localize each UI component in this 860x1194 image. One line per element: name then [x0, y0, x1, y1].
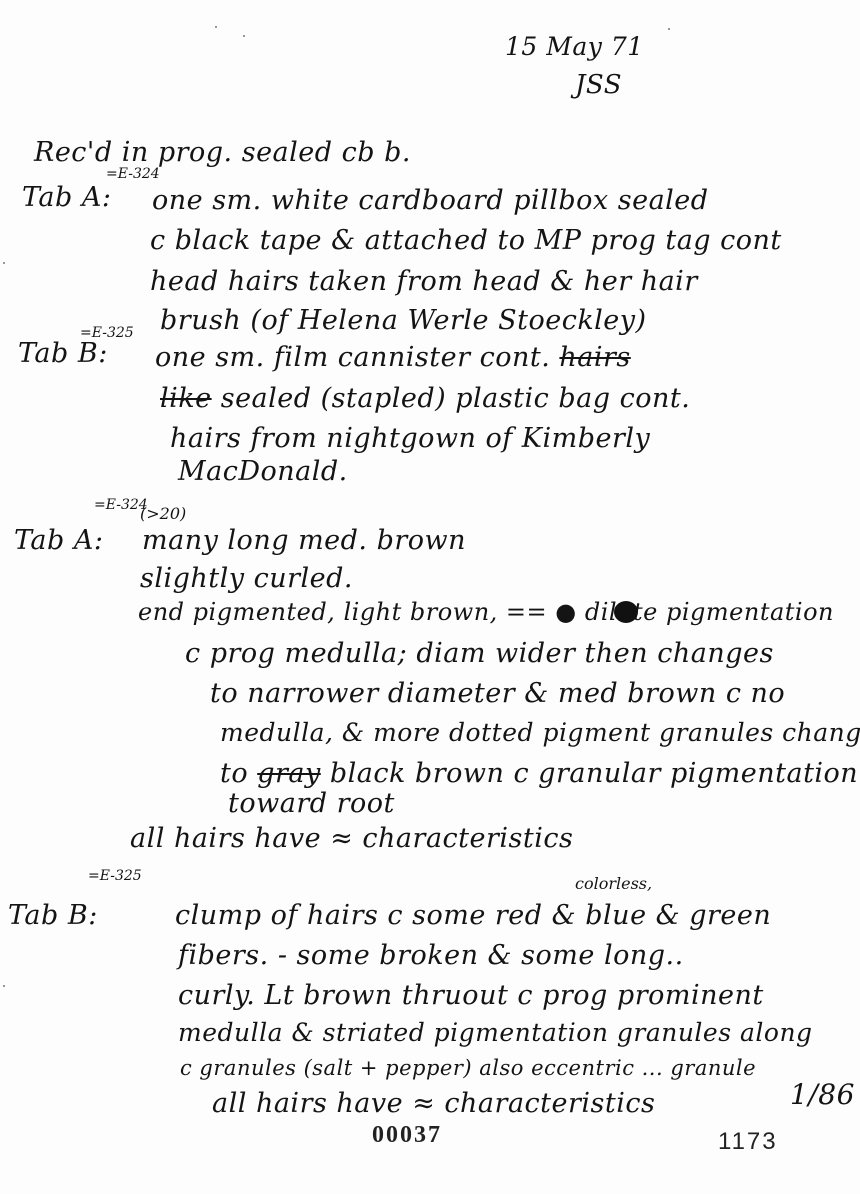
scan-speck [3, 985, 5, 987]
exam-tab-b-line: c granules (salt + pepper) also eccentri… [180, 1056, 756, 1080]
receipt-tab-b-line: hairs from nightgown of Kimberly [170, 423, 650, 454]
exam-tab-a-line7-text: black brown c granular pigmentation [330, 758, 858, 789]
document-page: 15 May 71 JSS Rec'd in prog. sealed cb b… [0, 0, 860, 1194]
exam-tab-a-line: to narrower diameter & med brown c no [210, 678, 785, 709]
margin-annotation: 1/86 [790, 1078, 855, 1111]
receipt-tab-b-exhibit: =E-325 [80, 325, 134, 341]
exam-tab-b-line: medulla & striated pigmentation granules… [178, 1018, 813, 1047]
struck-word: gray [257, 758, 321, 789]
exam-tab-a-count: (>20) [140, 504, 186, 523]
receipt-tab-a-exhibit: =E-324 [106, 166, 160, 182]
exam-tab-b-line: curly. Lt brown thruout c prog prominent [178, 980, 764, 1011]
receipt-tab-b-line: one sm. film cannister cont. hairs [155, 342, 631, 373]
ink-blot [614, 601, 638, 623]
struck-word: hairs [559, 342, 630, 373]
receipt-tab-a-label: Tab A: [22, 182, 111, 213]
bates-stamp-left: 00037 [372, 1122, 442, 1149]
receipt-tab-a-line: head hairs taken from head & her hair [150, 266, 698, 297]
exam-tab-b-exhibit: =E-325 [88, 868, 142, 884]
receipt-tab-b-line1-text: one sm. film cannister cont. [155, 342, 550, 373]
exam-tab-b-label: Tab B: [8, 900, 98, 931]
exam-tab-a-line: end pigmented, light brown, == ● dilute … [138, 598, 834, 626]
header-initials: JSS [575, 70, 622, 100]
exam-tab-b-line: clump of hairs c some red & blue & green [175, 900, 771, 931]
exam-tab-a-line: slightly curled. [140, 563, 353, 594]
exam-tab-b-line: fibers. - some broken & some long.. [178, 940, 684, 971]
exam-tab-a-line: medulla, & more dotted pigment granules … [220, 718, 860, 747]
receipt-tab-b-line: like sealed (stapled) plastic bag cont. [160, 383, 690, 414]
scan-speck [668, 28, 670, 30]
intro-line: Rec'd in prog. sealed cb b. [34, 137, 411, 168]
receipt-tab-b-line: MacDonald. [178, 456, 348, 487]
receipt-tab-a-line: one sm. white cardboard pillbox sealed [152, 185, 709, 216]
exam-tab-b-insert: colorless, [575, 874, 652, 893]
scan-speck [243, 35, 245, 37]
receipt-tab-a-line: brush (of Helena Werle Stoeckley) [160, 305, 647, 336]
scan-speck [215, 26, 217, 28]
receipt-tab-b-label: Tab B: [18, 338, 108, 369]
exam-tab-a-line: many long med. brown [142, 525, 466, 556]
struck-word: like [160, 383, 212, 414]
receipt-tab-a-line: c black tape & attached to MP prog tag c… [150, 225, 782, 256]
exam-tab-b-summary: all hairs have ≈ characteristics [212, 1088, 655, 1119]
exam-tab-a-line7-prefix: to [220, 758, 248, 789]
receipt-tab-b-line2-text: sealed (stapled) plastic bag cont. [221, 383, 691, 414]
exam-tab-a-label: Tab A: [14, 525, 103, 556]
scan-speck [3, 262, 5, 264]
header-date: 15 May 71 [505, 32, 644, 61]
exam-tab-a-line: toward root [228, 788, 395, 819]
bates-stamp-right: 1173 [718, 1128, 778, 1156]
exam-tab-a-line: c prog medulla; diam wider then changes [185, 638, 774, 669]
exam-tab-a-summary: all hairs have ≈ characteristics [130, 823, 573, 854]
exam-tab-a-line: to gray black brown c granular pigmentat… [220, 758, 858, 789]
